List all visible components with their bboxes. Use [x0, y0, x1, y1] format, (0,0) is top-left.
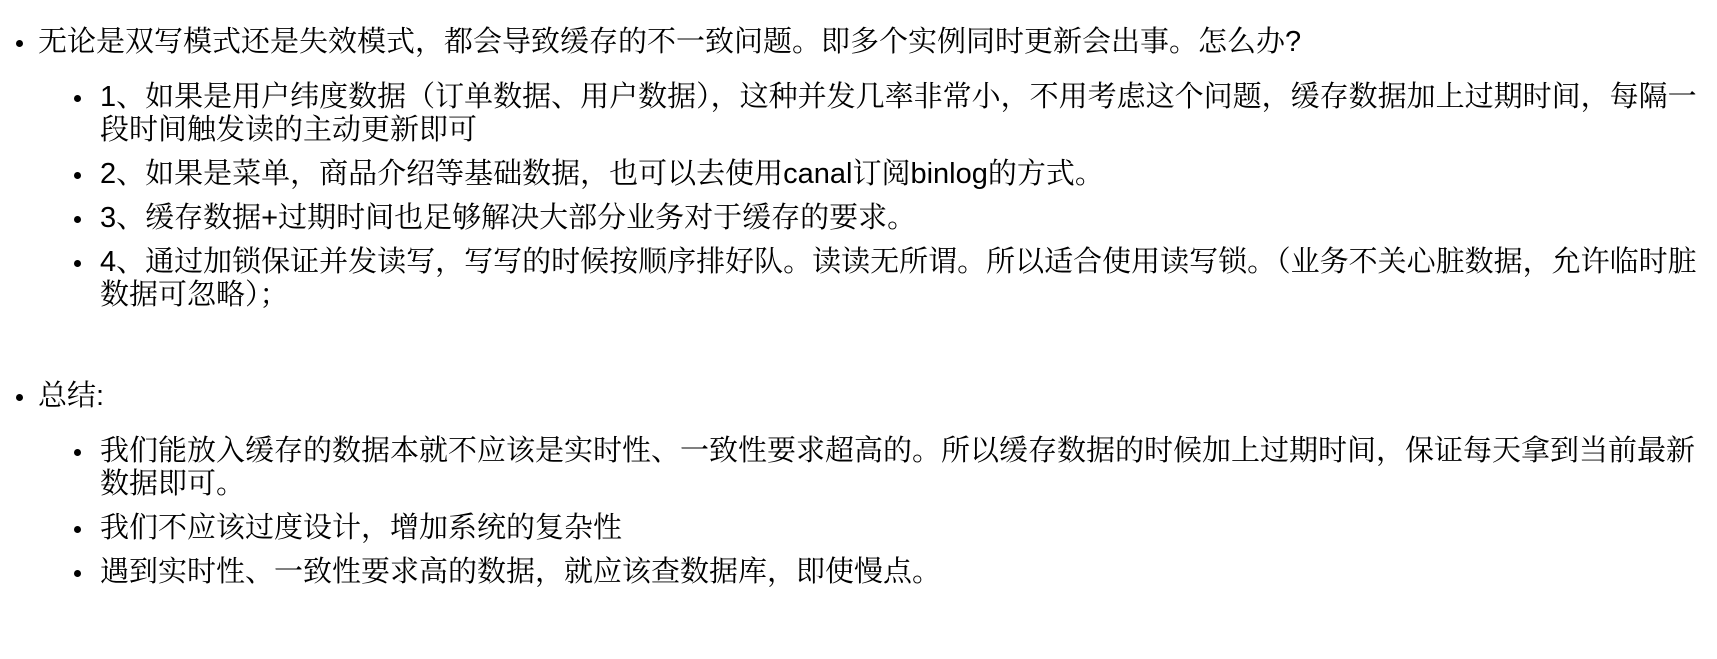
list-item: 我们能放入缓存的数据本就不应该是实时性、一致性要求超高的。所以缓存数据的时候加上…	[74, 435, 1707, 501]
sub-list: 我们能放入缓存的数据本就不应该是实时性、一致性要求超高的。所以缓存数据的时候加上…	[74, 435, 1707, 589]
bullet-icon	[74, 81, 100, 114]
list-item: 3、缓存数据+过期时间也足够解决大部分业务对于缓存的要求。	[74, 202, 1707, 235]
list-item: 2、如果是菜单，商品介绍等基础数据，也可以去使用canal订阅binlog的方式…	[74, 158, 1707, 191]
list-item: 无论是双写模式还是失效模式，都会导致缓存的不一致问题。即多个实例同时更新会出事。…	[13, 26, 1707, 312]
list-item-text: 2、如果是菜单，商品介绍等基础数据，也可以去使用canal订阅binlog的方式…	[100, 158, 1707, 191]
list-item-text: 3、缓存数据+过期时间也足够解决大部分业务对于缓存的要求。	[100, 202, 1707, 235]
list-item-text: 无论是双写模式还是失效模式，都会导致缓存的不一致问题。即多个实例同时更新会出事。…	[38, 26, 1707, 59]
bullet-icon	[74, 246, 100, 279]
bullet-icon	[74, 512, 100, 545]
notes-document: 无论是双写模式还是失效模式，都会导致缓存的不一致问题。即多个实例同时更新会出事。…	[0, 0, 1717, 589]
bullet-icon	[13, 26, 38, 59]
list-item-text: 我们不应该过度设计，增加系统的复杂性	[100, 512, 1707, 545]
list-item: 我们不应该过度设计，增加系统的复杂性	[74, 512, 1707, 545]
list-item: 1、如果是用户纬度数据（订单数据、用户数据），这种并发几率非常小，不用考虑这个问…	[74, 81, 1707, 147]
list-item-text: 总结:	[38, 380, 1707, 413]
bullet-icon	[74, 556, 100, 589]
list-item: 遇到实时性、一致性要求高的数据，就应该查数据库，即使慢点。	[74, 556, 1707, 589]
list-item-text: 我们能放入缓存的数据本就不应该是实时性、一致性要求超高的。所以缓存数据的时候加上…	[100, 435, 1707, 501]
list-item: 总结: 我们能放入缓存的数据本就不应该是实时性、一致性要求超高的。所以缓存数据的…	[13, 380, 1707, 589]
list-item-text: 遇到实时性、一致性要求高的数据，就应该查数据库，即使慢点。	[100, 556, 1707, 589]
bullet-icon	[74, 158, 100, 191]
sub-list: 1、如果是用户纬度数据（订单数据、用户数据），这种并发几率非常小，不用考虑这个问…	[74, 81, 1707, 312]
bullet-icon	[74, 435, 100, 468]
list-item-text: 1、如果是用户纬度数据（订单数据、用户数据），这种并发几率非常小，不用考虑这个问…	[100, 81, 1707, 147]
bullet-icon	[74, 202, 100, 235]
bullet-icon	[13, 380, 38, 413]
list-item-text: 4、通过加锁保证并发读写，写写的时候按顺序排好队。读读无所谓。所以适合使用读写锁…	[100, 246, 1707, 312]
list-item: 4、通过加锁保证并发读写，写写的时候按顺序排好队。读读无所谓。所以适合使用读写锁…	[74, 246, 1707, 312]
